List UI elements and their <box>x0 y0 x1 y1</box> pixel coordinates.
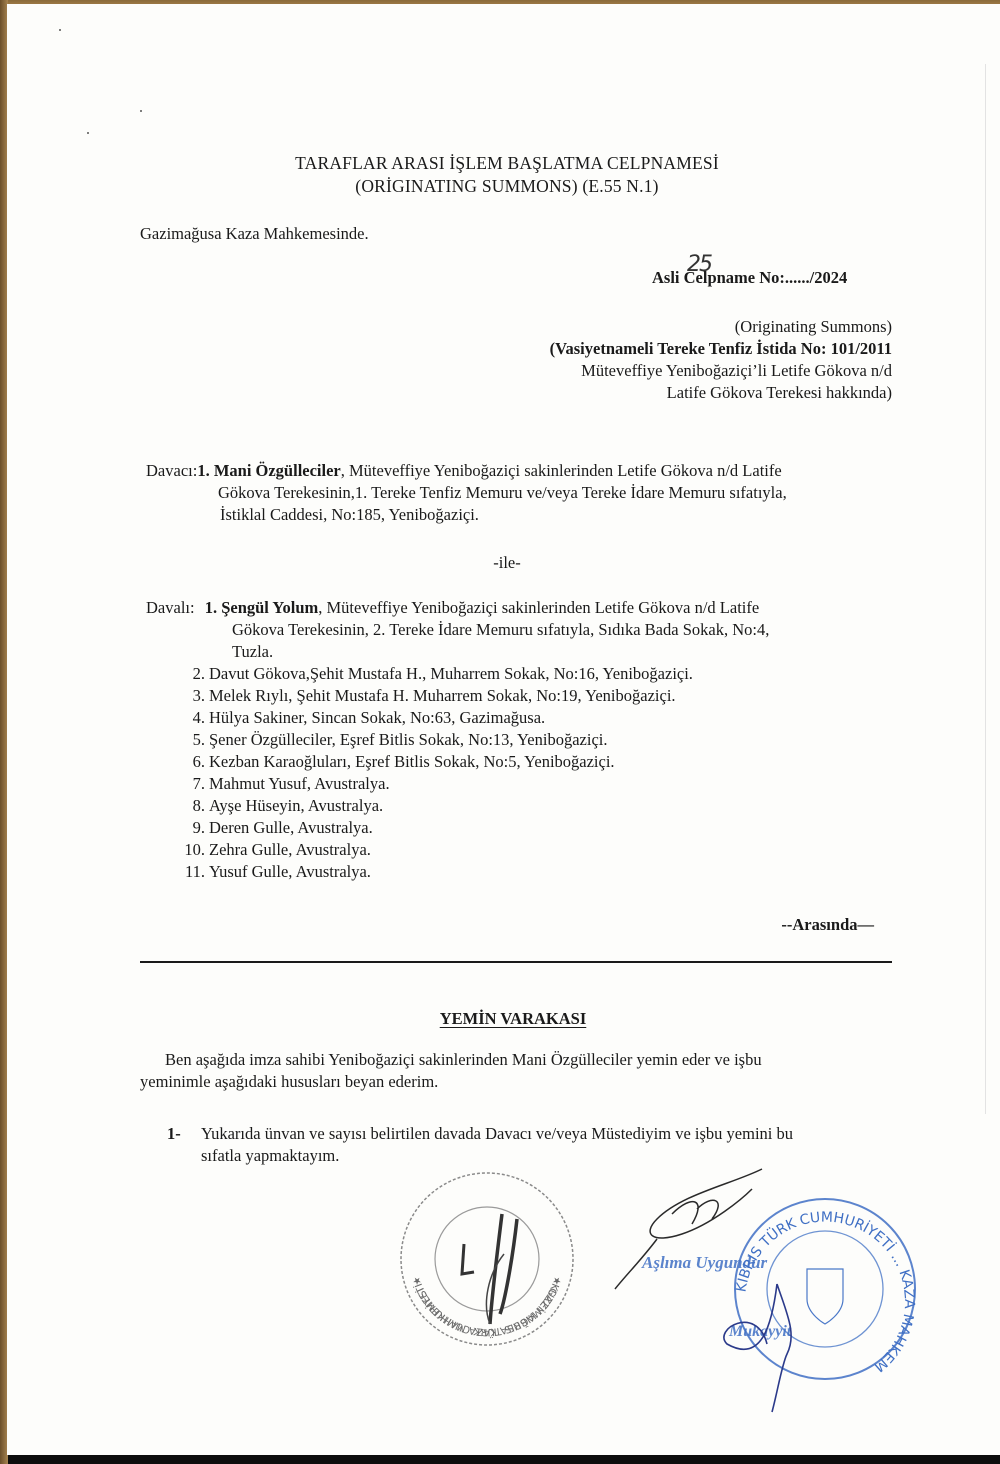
defendant-list-item: 5.Şener Özgülleciler, Eşref Bitlis Sokak… <box>175 729 607 751</box>
court-name: Gazimağusa Kaza Mahkemesinde. <box>140 223 369 245</box>
defendant-1-name: 1. Şengül Yolum <box>205 598 319 617</box>
section-divider <box>140 961 892 963</box>
paper-speck <box>140 110 142 112</box>
defendant-list-item: 2.Davut Gökova,Şehit Mustafa H., Muharre… <box>175 663 693 685</box>
defendant-details: Hülya Sakiner, Sincan Sokak, No:63, Gazi… <box>209 708 545 727</box>
summons-number-label: Asli Celpname No: <box>652 268 785 287</box>
defendant-details: Davut Gökova,Şehit Mustafa H., Muharrem … <box>209 664 693 683</box>
defendant-number: 8. <box>175 795 205 817</box>
plaintiff-label: Davacı: <box>146 461 197 480</box>
plaintiff-line1: Davacı:1. Mani Özgülleciler, Müteveffiye… <box>146 460 782 482</box>
separator-ile: -ile- <box>7 552 1000 574</box>
defendant-details: Deren Gulle, Avustralya. <box>209 818 373 837</box>
paper-speck <box>87 132 89 134</box>
arasinda-label: --Arasında— <box>781 914 874 936</box>
document-subtitle: (ORİGINATING SUMMONS) (E.55 N.1) <box>7 175 1000 197</box>
defendants-label: Davalı: <box>146 598 195 617</box>
summons-number-dots: ...... <box>785 268 810 287</box>
case-ref-line2: (Vasiyetnameli Tereke Tenfiz İstida No: … <box>550 338 892 360</box>
plaintiff-desc: , Müteveffiye Yeniboğaziçi sakinlerinden… <box>341 461 782 480</box>
defendant-1-desc: , Müteveffiye Yeniboğaziçi sakinlerinden… <box>318 598 759 617</box>
defendant-number: 2. <box>175 663 205 685</box>
defendant-1-line2: Gökova Terekesinin, 2. Tereke İdare Memu… <box>232 619 769 641</box>
defendant-details: Ayşe Hüseyin, Avustralya. <box>209 796 383 815</box>
plaintiff-line2: Gökova Terekesinin,1. Tereke Tenfiz Memu… <box>218 482 787 504</box>
case-ref-line3: Müteveffiye Yeniboğaziçi’li Letife Gökov… <box>581 360 892 382</box>
defendant-1-line1: Davalı: 1. Şengül Yolum, Müteveffiye Yen… <box>146 597 759 619</box>
defendant-list-item: 8.Ayşe Hüseyin, Avustralya. <box>175 795 383 817</box>
affidavit-intro-line2: yeminimle aşağıdaki hususları beyan eder… <box>140 1071 438 1093</box>
document-page: TARAFLAR ARASI İŞLEM BAŞLATMA CELPNAMESİ… <box>7 4 1000 1455</box>
affidavit-item-line2: sıfatla yapmaktayım. <box>201 1145 339 1167</box>
defendant-list-item: 7.Mahmut Yusuf, Avustralya. <box>175 773 390 795</box>
defendant-details: Zehra Gulle, Avustralya. <box>209 840 371 859</box>
defendant-list-item: 6.Kezban Karaoğluları, Eşref Bitlis Soka… <box>175 751 615 773</box>
page-fold-line <box>985 64 986 1114</box>
defendant-details: Şener Özgülleciler, Eşref Bitlis Sokak, … <box>209 730 607 749</box>
defendant-number: 9. <box>175 817 205 839</box>
court-seal-left: ★ GAZİMAĞUSA KAZA MAHKEMESİ ★ KUZEY KIBR… <box>392 1164 582 1354</box>
registrar-signature <box>717 1244 817 1414</box>
defendant-number: 5. <box>175 729 205 751</box>
plaintiff-line3: İstiklal Caddesi, No:185, Yeniboğaziçi. <box>220 504 479 526</box>
affidavit-item-line1: Yukarıda ünvan ve sayısı belirtilen dava… <box>201 1123 793 1145</box>
defendant-list-item: 10.Zehra Gulle, Avustralya. <box>175 839 371 861</box>
summons-number: Asli Celpname No:....../2024 <box>652 267 847 289</box>
defendant-details: Yusuf Gulle, Avustralya. <box>209 862 371 881</box>
paper-speck <box>59 29 61 31</box>
defendant-details: Kezban Karaoğluları, Eşref Bitlis Sokak,… <box>209 752 615 771</box>
defendant-number: 11. <box>175 861 205 883</box>
affidavit-intro-line1: Ben aşağıda imza sahibi Yeniboğaziçi sak… <box>165 1049 762 1071</box>
defendant-number: 3. <box>175 685 205 707</box>
defendant-1-line3: Tuzla. <box>232 641 273 663</box>
defendant-details: Melek Rıylı, Şehit Mustafa H. Muharrem S… <box>209 686 676 705</box>
defendant-number: 7. <box>175 773 205 795</box>
defendant-number: 6. <box>175 751 205 773</box>
handwritten-summons-number: 25 <box>687 252 711 277</box>
defendant-list-item: 3.Melek Rıylı, Şehit Mustafa H. Muharrem… <box>175 685 676 707</box>
defendant-list-item: 11.Yusuf Gulle, Avustralya. <box>175 861 371 883</box>
affidavit-item-number: 1- <box>167 1123 181 1145</box>
plaintiff-name: 1. Mani Özgülleciler <box>197 461 340 480</box>
defendant-number: 10. <box>175 839 205 861</box>
document-title: TARAFLAR ARASI İŞLEM BAŞLATMA CELPNAMESİ <box>7 152 1000 174</box>
defendant-details: Mahmut Yusuf, Avustralya. <box>209 774 390 793</box>
defendant-list-item: 9.Deren Gulle, Avustralya. <box>175 817 373 839</box>
summons-number-year: /2024 <box>810 268 848 287</box>
affidavit-heading: YEMİN VARAKASI <box>7 1008 1000 1030</box>
case-ref-line4: Latife Gökova Terekesi hakkında) <box>667 382 892 404</box>
case-ref-line1: (Originating Summons) <box>735 316 892 338</box>
defendant-list-item: 4.Hülya Sakiner, Sincan Sokak, No:63, Ga… <box>175 707 545 729</box>
defendant-number: 4. <box>175 707 205 729</box>
